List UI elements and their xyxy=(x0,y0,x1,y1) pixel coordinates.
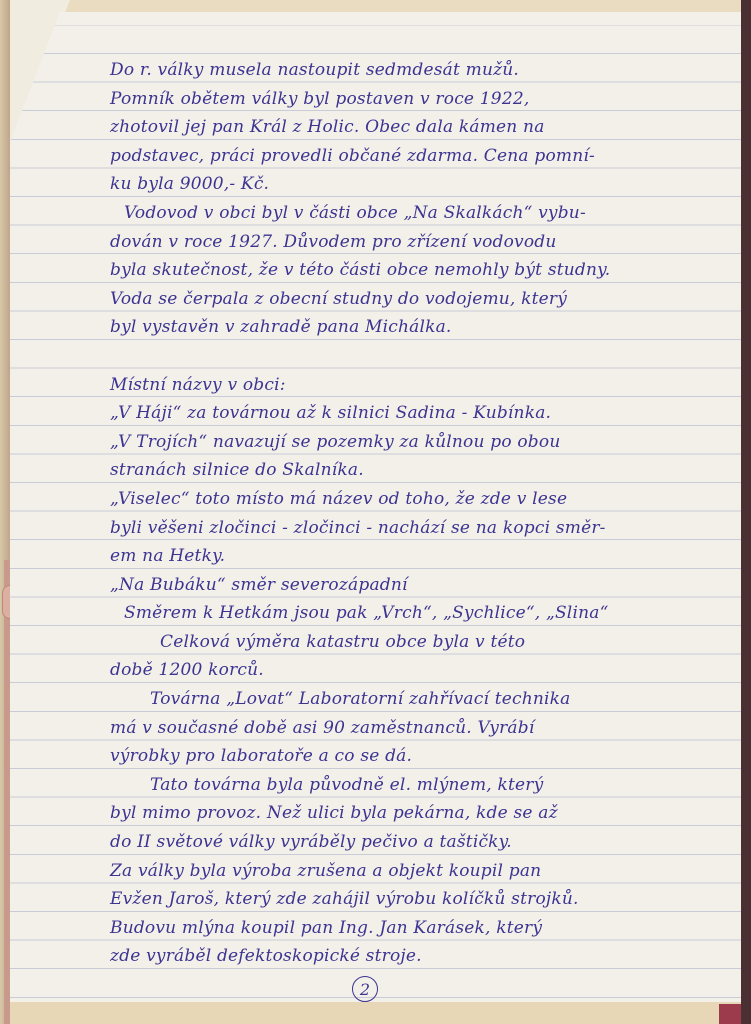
text-line: Továrna „Lovat“ Laboratorní zahřívací te… xyxy=(110,685,735,714)
text-line: Evžen Jaroš, který zde zahájil výrobu ko… xyxy=(110,885,735,914)
text-line: Vodovod v obci byl v části obce „Na Skal… xyxy=(110,199,735,228)
cover-corner xyxy=(719,1004,741,1024)
text-line: dován v roce 1927. Důvodem pro zřízení v… xyxy=(110,228,735,257)
handwritten-text: Do r. války musela nastoupit sedmdesát m… xyxy=(110,56,735,971)
text-line: byl mimo provoz. Než ulici byla pekárna,… xyxy=(110,799,735,828)
text-line: Budovu mlýna koupil pan Ing. Jan Karásek… xyxy=(110,914,735,943)
text-line: „Viselec“ toto místo má název od toho, ž… xyxy=(110,485,735,514)
binding-cord xyxy=(4,560,10,1024)
text-line: Směrem k Hetkám jsou pak „Vrch“, „Sychli… xyxy=(110,599,735,628)
notebook-cover-edge xyxy=(741,0,751,1024)
text-line: „Na Bubáku“ směr severozápadní xyxy=(110,571,735,600)
text-line: Pomník obětem války byl postaven v roce … xyxy=(110,85,735,114)
text-line: „V Háji“ za továrnou až k silnici Sadina… xyxy=(110,399,735,428)
text-line: byl vystavěn v zahradě pana Michálka. xyxy=(110,313,735,342)
page-number: 2 xyxy=(352,976,378,1002)
text-line: em na Hetky. xyxy=(110,542,735,571)
text-line: stranách silnice do Skalníka. xyxy=(110,456,735,485)
text-line: zhotovil jej pan Král z Holic. Obec dala… xyxy=(110,113,735,142)
text-line: podstavec, práci provedli občané zdarma.… xyxy=(110,142,735,171)
text-line: Za války byla výroba zrušena a objekt ko… xyxy=(110,857,735,886)
text-line: době 1200 korců. xyxy=(110,656,735,685)
text-line: Voda se čerpala z obecní studny do vodoj… xyxy=(110,285,735,314)
text-line: výrobky pro laboratoře a co se dá. xyxy=(110,742,735,771)
section-heading: Místní názvy v obci: xyxy=(110,371,735,400)
text-line: ku byla 9000,- Kč. xyxy=(110,170,735,199)
text-line: Tato továrna byla původně el. mlýnem, kt… xyxy=(110,771,735,800)
text-line: má v současné době asi 90 zaměstnanců. V… xyxy=(110,714,735,743)
text-line: Celková výměra katastru obce byla v této xyxy=(110,628,735,657)
text-line: „V Trojích“ navazují se pozemky za kůlno… xyxy=(110,428,735,457)
text-line: zde vyráběl defektoskopické stroje. xyxy=(110,942,735,971)
text-line: byla skutečnost, že v této části obce ne… xyxy=(110,256,735,285)
text-line: do II světové války vyráběly pečivo a ta… xyxy=(110,828,735,857)
page-bottom-edge xyxy=(10,1002,741,1024)
text-line: Do r. války musela nastoupit sedmdesát m… xyxy=(110,56,735,85)
blank-line xyxy=(110,342,735,371)
text-line: byli věšeni zločinci - zločinci - nacház… xyxy=(110,514,735,543)
